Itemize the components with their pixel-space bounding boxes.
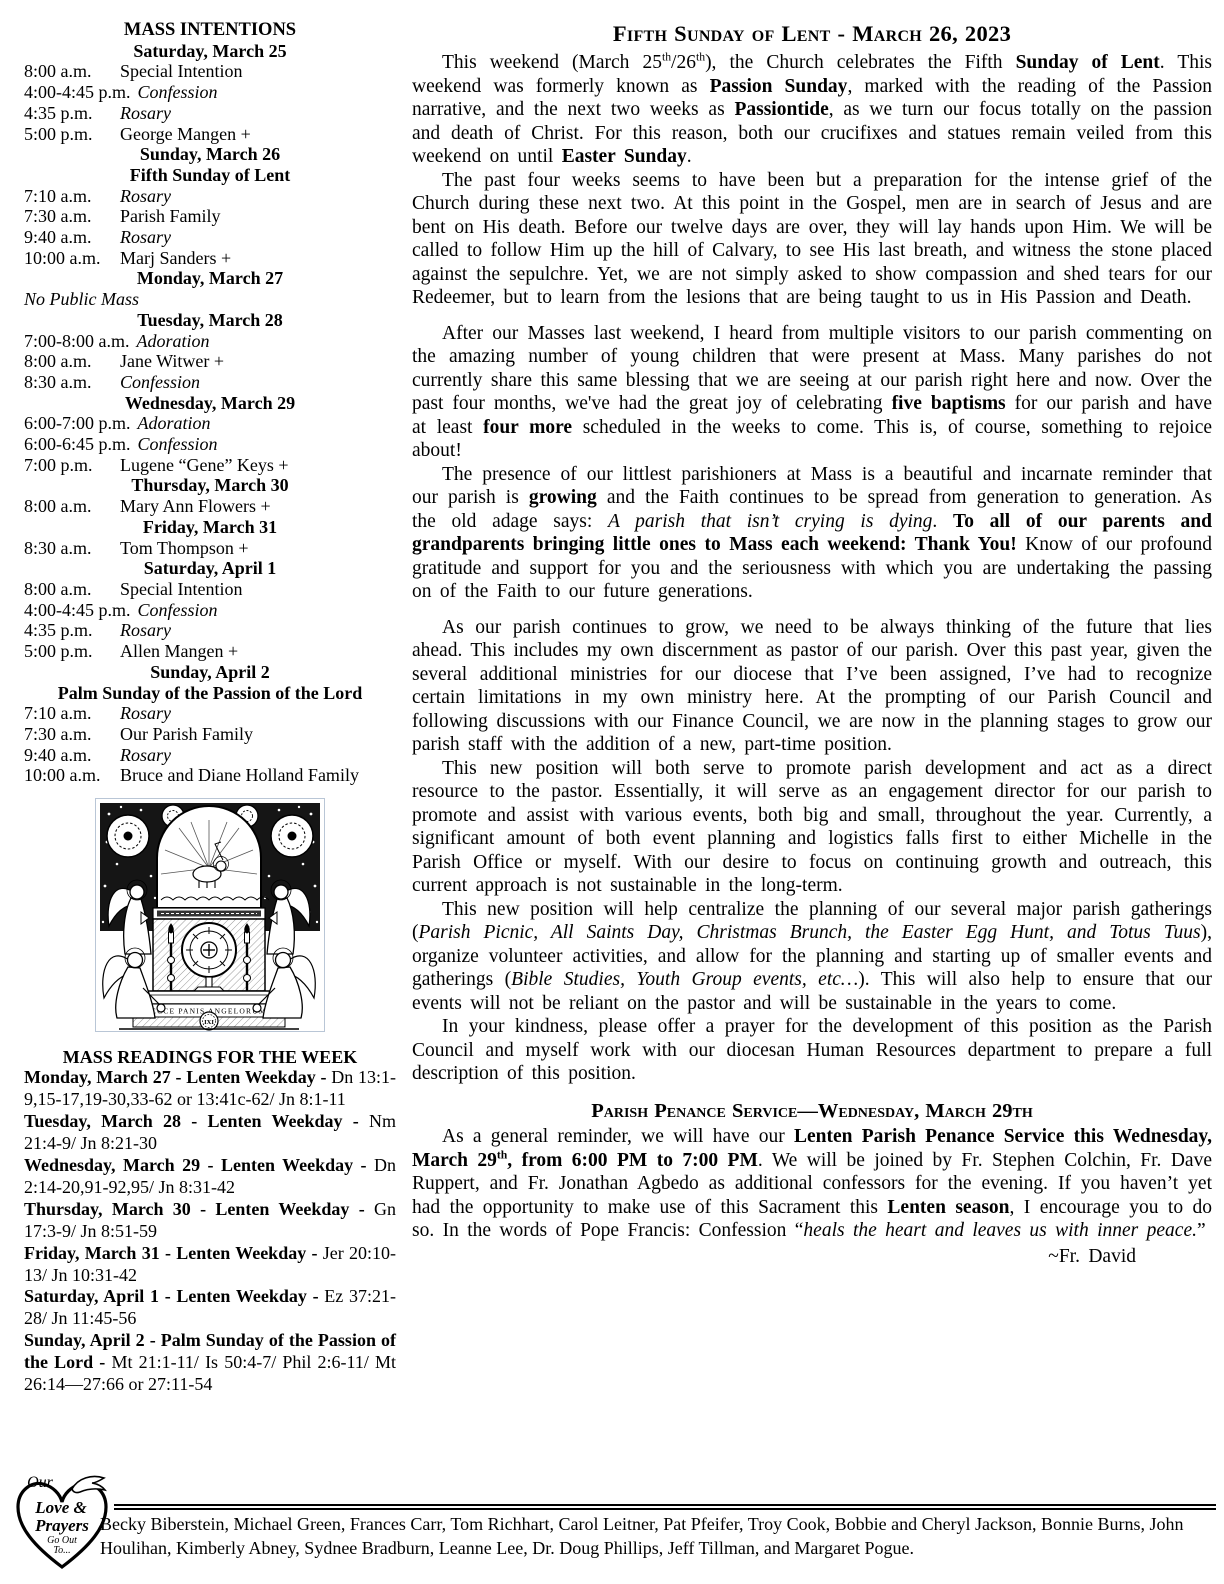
intention-time: 7:10 a.m. xyxy=(24,703,113,724)
intention-time: 10:00 a.m. xyxy=(24,765,113,786)
mass-intention-entry: 7:30 a.m.Parish Family xyxy=(24,206,396,227)
mass-intention-entry: 7:30 a.m.Our Parish Family xyxy=(24,724,396,745)
intention-time: 4:35 p.m. xyxy=(24,620,113,641)
intention-description: Rosary xyxy=(120,745,396,766)
intention-time: 7:30 a.m. xyxy=(24,724,113,745)
reading-day: Saturday, April 1 - Lenten Weekday - xyxy=(24,1286,324,1306)
mass-intention-entry: 6:00-6:45 p.m.Confession xyxy=(24,434,396,455)
intention-time: 4:35 p.m. xyxy=(24,103,113,124)
reading-day: Monday, March 27 - Lenten Weekday - xyxy=(24,1067,331,1087)
mass-intention-entry: 4:00-4:45 p.m.Confession xyxy=(24,82,396,103)
mass-intention-entry: 8:00 a.m.Jane Witwer + xyxy=(24,351,396,372)
mass-intention-entry: 7:00 p.m.Lugene “Gene” Keys + xyxy=(24,455,396,476)
mass-intention-entry: 7:00-8:00 a.m.Adoration xyxy=(24,331,396,352)
day-header: Monday, March 27 xyxy=(24,268,396,289)
intention-description: Special Intention xyxy=(120,579,396,600)
logo-our: Our xyxy=(27,1474,54,1491)
bulletin-page: MASS INTENTIONS Saturday, March 258:00 a… xyxy=(0,0,1224,1584)
text-run: . xyxy=(932,511,953,532)
intention-time: 7:10 a.m. xyxy=(24,186,113,207)
intention-description: Confession xyxy=(138,434,397,455)
reading-item: Friday, March 31 - Lenten Weekday - Jer … xyxy=(24,1243,396,1287)
intention-time: 6:00-6:45 p.m. xyxy=(24,434,131,455)
day-header: Palm Sunday of the Passion of the Lord xyxy=(24,683,396,704)
mass-intention-entry: 8:30 a.m.Confession xyxy=(24,372,396,393)
penance-service-body: As a general reminder, we will have our … xyxy=(412,1125,1212,1243)
left-column: MASS INTENTIONS Saturday, March 258:00 a… xyxy=(24,20,396,1396)
mass-intention-entry: 8:00 a.m.Mary Ann Flowers + xyxy=(24,496,396,517)
day-header: Fifth Sunday of Lent xyxy=(24,165,396,186)
intention-time: 7:00 p.m. xyxy=(24,455,113,476)
prayer-names-list: Becky Biberstein, Michael Green, Frances… xyxy=(100,1513,1214,1560)
article-paragraph: After our Masses last weekend, I heard f… xyxy=(412,322,1212,463)
intention-description: Confession xyxy=(138,82,397,103)
text-run: This weekend (March 25 xyxy=(442,52,662,73)
article-paragraph: In your kindness, please offer a prayer … xyxy=(412,1015,1212,1086)
mass-intentions-list: Saturday, March 258:00 a.m.Special Inten… xyxy=(24,41,396,786)
intention-time: 7:00-8:00 a.m. xyxy=(24,331,130,352)
reading-item: Monday, March 27 - Lenten Weekday - Dn 1… xyxy=(24,1067,396,1111)
mass-intentions-title: MASS INTENTIONS xyxy=(24,20,396,41)
intention-time: 8:30 a.m. xyxy=(24,372,113,393)
day-header: Thursday, March 30 xyxy=(24,475,396,496)
eucharist-engraving-image: ECCE PANIS ANGELORUM IXI xyxy=(95,798,325,1032)
intention-description: Our Parish Family xyxy=(120,724,396,745)
day-header: Tuesday, March 28 xyxy=(24,310,396,331)
footer: Our Love & Prayers Go Out To... Becky Bi… xyxy=(0,1472,1224,1584)
text-run: A parish that isn’t crying is dying xyxy=(608,511,932,532)
article-paragraph: As our parish continues to grow, we need… xyxy=(412,616,1212,757)
intention-time: 8:00 a.m. xyxy=(24,351,113,372)
text-run: ” xyxy=(1197,1220,1206,1241)
intention-time: 8:30 a.m. xyxy=(24,538,113,559)
intention-time: 4:00-4:45 p.m. xyxy=(24,82,131,103)
mass-intention-entry: 5:00 p.m.Allen Mangen + xyxy=(24,641,396,662)
text-run: th xyxy=(497,1148,507,1161)
day-header: Sunday, March 26 xyxy=(24,144,396,165)
text-run: Sunday of Lent xyxy=(1016,52,1160,73)
intention-description: Allen Mangen + xyxy=(120,641,396,662)
mass-intention-entry: 7:10 a.m.Rosary xyxy=(24,186,396,207)
mass-intention-entry: 8:00 a.m.Special Intention xyxy=(24,61,396,82)
mass-intention-entry: 7:10 a.m.Rosary xyxy=(24,703,396,724)
altar-medallion-text: IXI xyxy=(204,1019,214,1026)
love-prayers-logo: Our Love & Prayers Go Out To... xyxy=(10,1472,116,1579)
intention-description: Parish Family xyxy=(120,206,396,227)
tabernacle xyxy=(153,908,265,991)
reading-day: Wednesday, March 29 - Lenten Weekday - xyxy=(24,1155,374,1175)
intention-time: 5:00 p.m. xyxy=(24,641,113,662)
intention-time: 6:00-7:00 p.m. xyxy=(24,413,131,434)
text-run: th xyxy=(696,51,705,64)
logo-prayers: Prayers xyxy=(34,1516,89,1535)
reading-day: Thursday, March 30 - Lenten Weekday - xyxy=(24,1199,374,1219)
two-column-layout: MASS INTENTIONS Saturday, March 258:00 a… xyxy=(0,0,1224,1396)
eucharist-engraving: ECCE PANIS ANGELORUM IXI xyxy=(95,798,325,1037)
intention-description: Rosary xyxy=(120,103,396,124)
mass-intention-entry: 8:30 a.m.Tom Thompson + xyxy=(24,538,396,559)
intention-time: 7:30 a.m. xyxy=(24,206,113,227)
text-run: five baptisms xyxy=(892,393,1006,414)
no-mass-note: No Public Mass xyxy=(24,289,396,310)
article-paragraph: As a general reminder, we will have our … xyxy=(412,1125,1212,1243)
intention-time: 5:00 p.m. xyxy=(24,124,113,145)
intention-description: Marj Sanders + xyxy=(120,248,396,269)
signature: ~Fr. David xyxy=(412,1245,1212,1269)
text-run: Passion Sunday xyxy=(710,76,848,97)
mass-intention-entry: 4:00-4:45 p.m.Confession xyxy=(24,600,396,621)
intention-description: Mary Ann Flowers + xyxy=(120,496,396,517)
article-paragraph: The presence of our littlest parishioner… xyxy=(412,463,1212,604)
mass-intention-entry: 10:00 a.m.Marj Sanders + xyxy=(24,248,396,269)
intention-time: 9:40 a.m. xyxy=(24,227,113,248)
mass-intention-entry: 4:35 p.m.Rosary xyxy=(24,620,396,641)
text-run: heals the heart and leaves us with inner… xyxy=(803,1220,1197,1241)
main-article: Fifth Sunday of Lent - March 26, 2023 Th… xyxy=(412,20,1212,1396)
intention-description: Rosary xyxy=(120,186,396,207)
text-run: Parish Picnic, All Saints Day, Christmas… xyxy=(419,922,1201,943)
article-title: Fifth Sunday of Lent - March 26, 2023 xyxy=(412,20,1212,48)
article-paragraph: The past four weeks seems to have been b… xyxy=(412,169,1212,310)
mass-intention-entry: 8:00 a.m.Special Intention xyxy=(24,579,396,600)
text-run: Easter Sunday xyxy=(562,146,687,167)
logo-to: To... xyxy=(53,1545,70,1556)
mass-intention-entry: 6:00-7:00 p.m.Adoration xyxy=(24,413,396,434)
reading-day: Tuesday, March 28 - Lenten Weekday - xyxy=(24,1111,369,1131)
mass-intention-entry: 4:35 p.m.Rosary xyxy=(24,103,396,124)
intention-description: Rosary xyxy=(120,703,396,724)
text-run: , from 6:00 PM to 7:00 PM xyxy=(507,1150,758,1171)
love-prayers-logo-image: Our Love & Prayers Go Out To... xyxy=(10,1472,116,1574)
intention-time: 8:00 a.m. xyxy=(24,579,113,600)
reading-item: Thursday, March 30 - Lenten Weekday - Gn… xyxy=(24,1199,396,1243)
mass-intention-entry: 10:00 a.m.Bruce and Diane Holland Family xyxy=(24,765,396,786)
intention-description: Jane Witwer + xyxy=(120,351,396,372)
intention-time: 8:00 a.m. xyxy=(24,496,113,517)
intention-description: Tom Thompson + xyxy=(120,538,396,559)
day-header: Saturday, April 1 xyxy=(24,558,396,579)
text-run: This new position will both serve to pro… xyxy=(412,758,1212,897)
text-run: Passiontide xyxy=(734,99,828,120)
intention-description: Adoration xyxy=(137,331,397,352)
mass-readings-list: Monday, March 27 - Lenten Weekday - Dn 1… xyxy=(24,1067,396,1396)
day-header: Wednesday, March 29 xyxy=(24,393,396,414)
text-run: four more xyxy=(483,417,572,438)
article-paragraph: This new position will help centralize t… xyxy=(412,898,1212,1016)
text-run: Lenten season xyxy=(887,1197,1009,1218)
article-body: This weekend (March 25th/26th), the Chur… xyxy=(412,51,1212,1086)
reading-item: Tuesday, March 28 - Lenten Weekday - Nm … xyxy=(24,1111,396,1155)
logo-love: Love & xyxy=(34,1498,87,1517)
text-run: The past four weeks seems to have been b… xyxy=(412,170,1212,309)
text-run: ), the Church celebrates the Fifth xyxy=(705,52,1016,73)
intention-time: 4:00-4:45 p.m. xyxy=(24,600,131,621)
intention-description: Adoration xyxy=(138,413,397,434)
intention-description: Confession xyxy=(138,600,397,621)
intention-description: Special Intention xyxy=(120,61,396,82)
day-header: Sunday, April 2 xyxy=(24,662,396,683)
intention-time: 9:40 a.m. xyxy=(24,745,113,766)
intention-time: 8:00 a.m. xyxy=(24,61,113,82)
day-header: Friday, March 31 xyxy=(24,517,396,538)
reading-item: Wednesday, March 29 - Lenten Weekday - D… xyxy=(24,1155,396,1199)
intention-description: Bruce and Diane Holland Family xyxy=(120,765,396,786)
text-run: In your kindness, please offer a prayer … xyxy=(412,1016,1212,1084)
article-paragraph: This new position will both serve to pro… xyxy=(412,757,1212,898)
intention-description: Rosary xyxy=(120,227,396,248)
reading-item: Sunday, April 2 - Palm Sunday of the Pas… xyxy=(24,1330,396,1396)
day-header: Saturday, March 25 xyxy=(24,41,396,62)
text-run: growing xyxy=(529,487,597,508)
penance-service-title: Parish Penance Service—Wednesday, March … xyxy=(412,1100,1212,1124)
text-run: /26 xyxy=(671,52,696,73)
mass-intention-entry: 9:40 a.m.Rosary xyxy=(24,745,396,766)
mass-intention-entry: 5:00 p.m.George Mangen + xyxy=(24,124,396,145)
intention-description: George Mangen + xyxy=(120,124,396,145)
intention-description: Rosary xyxy=(120,620,396,641)
intention-time: 10:00 a.m. xyxy=(24,248,113,269)
mass-readings-title: MASS READINGS FOR THE WEEK xyxy=(24,1047,396,1068)
intention-description: Confession xyxy=(120,372,396,393)
text-run: Bible Studies, Youth Group events, etc… xyxy=(511,969,858,990)
intention-description: Lugene “Gene” Keys + xyxy=(120,455,396,476)
text-run: . xyxy=(687,146,692,167)
reading-item: Saturday, April 1 - Lenten Weekday - Ez … xyxy=(24,1286,396,1330)
text-run: As a general reminder, we will have our xyxy=(442,1126,794,1147)
reading-day: Friday, March 31 - Lenten Weekday - xyxy=(24,1243,323,1263)
text-run: As our parish continues to grow, we need… xyxy=(412,617,1212,756)
divider-double-rule xyxy=(114,1504,1216,1510)
article-paragraph: This weekend (March 25th/26th), the Chur… xyxy=(412,51,1212,169)
mass-intention-entry: 9:40 a.m.Rosary xyxy=(24,227,396,248)
text-run: th xyxy=(662,51,671,64)
